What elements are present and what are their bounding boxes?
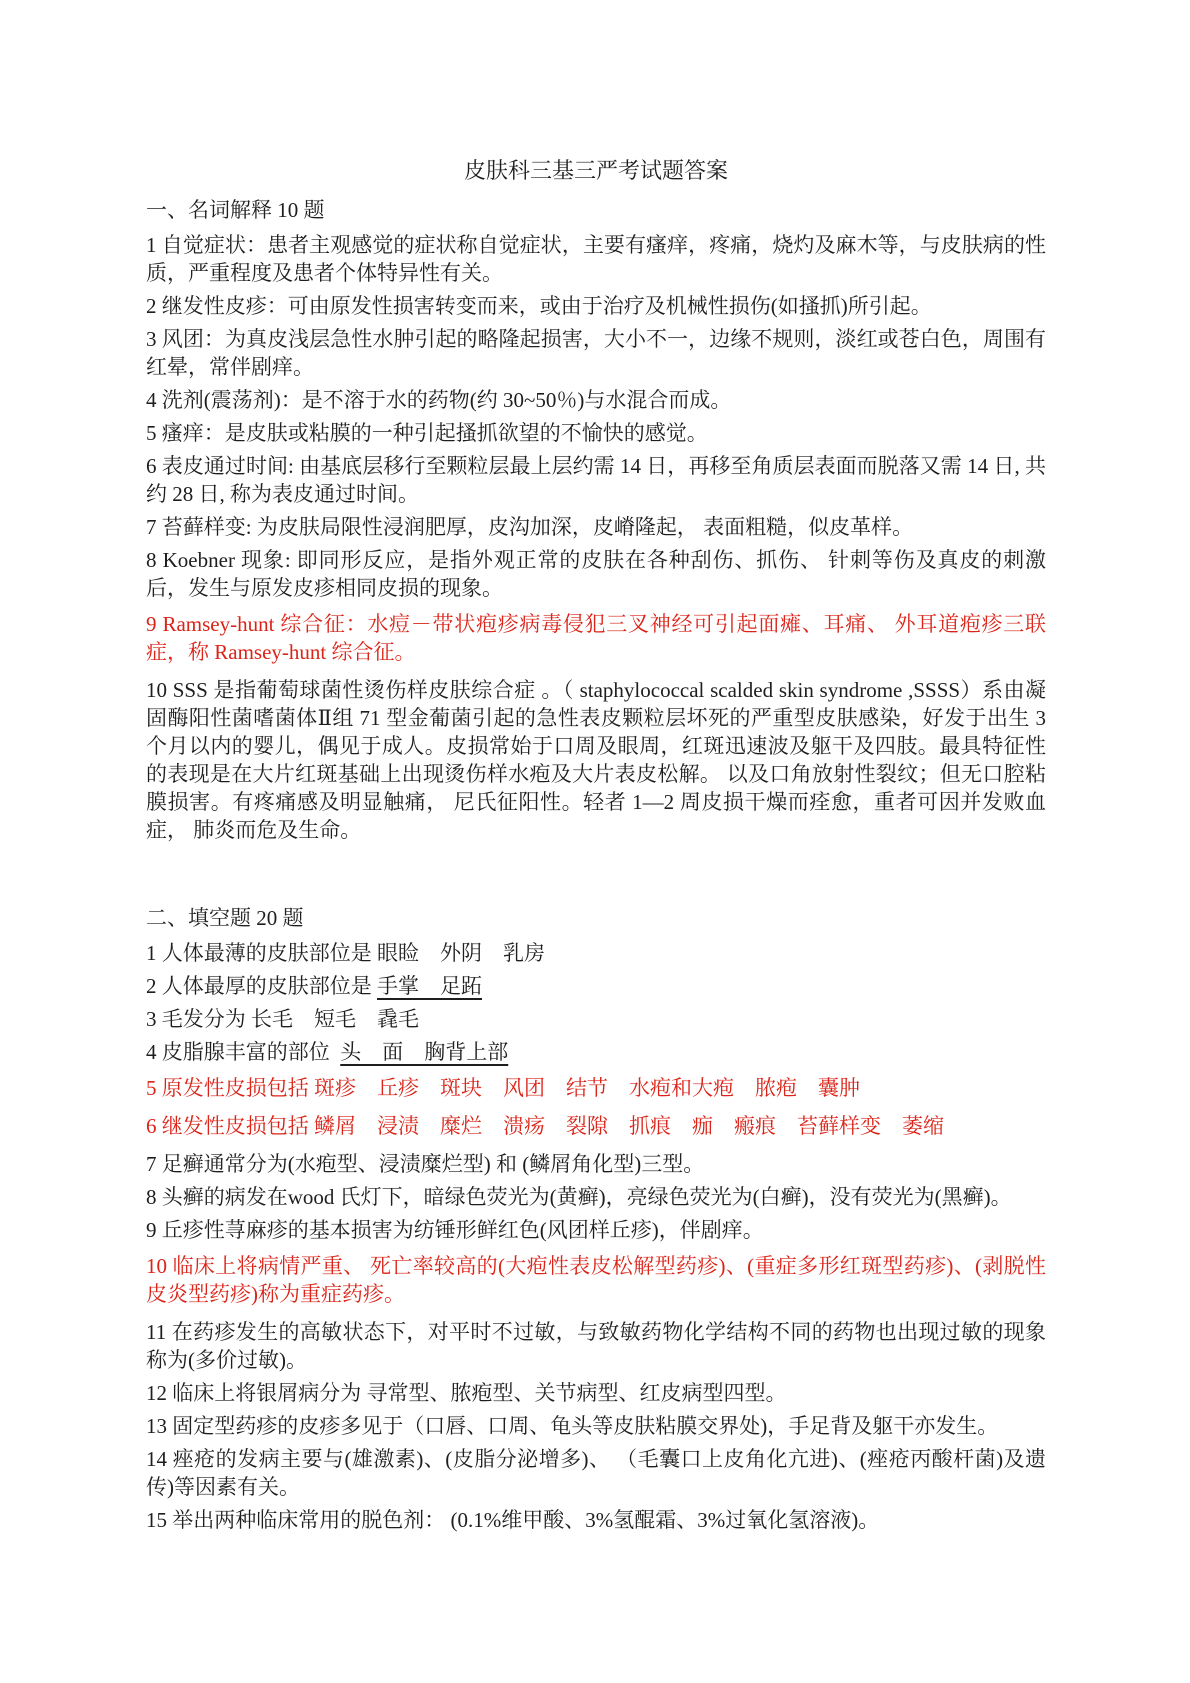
text-segment: 14 痤疮的发病主要与(雄激素)、(皮脂分泌增多)、 （毛囊口上皮角化亢进)、(…	[146, 1447, 1046, 1499]
text-segment: 15 举出两种临床常用的脱色剂： (0.1%维甲酸、3%氢醌霜、3%过氧化氢溶液…	[146, 1508, 879, 1532]
answer-item-2-15: 15 举出两种临床常用的脱色剂： (0.1%维甲酸、3%氢醌霜、3%过氧化氢溶液…	[146, 1506, 1046, 1534]
text-segment: 5 原发性皮损包括 斑疹 丘疹 斑块 风团 结节 水疱和大疱 脓疱 囊肿	[146, 1076, 860, 1100]
document-body: 一、名词解释 10 题1 自觉症状：患者主观感觉的症状称自觉症状，主要有瘙痒，疼…	[146, 196, 1046, 1534]
answer-item-1-7: 7 苔藓样变: 为皮肤局限性浸润肥厚，皮沟加深，皮嵴隆起， 表面粗糙，似皮革样。	[146, 513, 1046, 541]
answer-item-2-11: 11 在药疹发生的高敏状态下，对平时不过敏，与致敏药物化学结构不同的药物也出现过…	[146, 1318, 1046, 1374]
text-segment: 10 SSS 是指葡萄球菌性烫伤样皮肤综合症 。（ staphylococcal…	[146, 678, 1051, 842]
text-segment: 4 皮脂腺丰富的部位	[146, 1040, 340, 1064]
text-segment: 10 临床上将病情严重、 死亡率较高的(大疱性表皮松解型药疹)、(重症多形红斑型…	[146, 1254, 1046, 1306]
text-segment: 11 在药疹发生的高敏状态下，对平时不过敏，与致敏药物化学结构不同的药物也出现过…	[146, 1320, 1046, 1372]
section-1: 一、名词解释 10 题1 自觉症状：患者主观感觉的症状称自觉症状，主要有瘙痒，疼…	[146, 196, 1046, 844]
text-segment: 9 Ramsey-hunt 综合征：水痘－带状疱疹病毒侵犯三叉神经可引起面瘫、耳…	[146, 612, 1046, 664]
text-segment: 1 自觉症状：患者主观感觉的症状称自觉症状，主要有瘙痒，疼痛，烧灼及麻木等，与皮…	[146, 233, 1046, 285]
text-segment: 2 继发性皮疹：可由原发性损害转变而来，或由于治疗及机械性损伤(如搔抓)所引起。	[146, 294, 932, 318]
answer-item-1-1: 1 自觉症状：患者主观感觉的症状称自觉症状，主要有瘙痒，疼痛，烧灼及麻木等，与皮…	[146, 231, 1046, 287]
document-title: 皮肤科三基三严考试题答案	[146, 157, 1046, 185]
text-segment: 7 苔藓样变: 为皮肤局限性浸润肥厚，皮沟加深，皮嵴隆起， 表面粗糙，似皮革样。	[146, 515, 913, 539]
answer-item-1-6: 6 表皮通过时间: 由基底层移行至颗粒层最上层约需 14 日，再移至角质层表面而…	[146, 452, 1046, 508]
answer-item-1-5: 5 瘙痒：是皮肤或粘膜的一种引起搔抓欲望的不愉快的感觉。	[146, 419, 1046, 447]
answer-item-2-4: 4 皮脂腺丰富的部位 头 面 胸背上部	[146, 1038, 1046, 1066]
text-segment: 6 继发性皮损包括 鳞屑 浸渍 糜烂 溃疡 裂隙 抓痕 痂 瘢痕 苔藓样变 萎缩	[146, 1114, 944, 1138]
answer-item-1-8: 8 Koebner 现象: 即同形反应，是指外观正常的皮肤在各种刮伤、抓伤、 针…	[146, 546, 1046, 602]
underlined-answer: 手掌 足跖	[377, 974, 482, 998]
text-segment: 4 洗剂(震荡剂)：是不溶于水的药物(约 30~50％)与水混合而成。	[146, 388, 731, 412]
answer-item-2-7: 7 足癣通常分为(水疱型、浸渍糜烂型) 和 (鳞屑角化型)三型。	[146, 1150, 1046, 1178]
text-segment: 3 风团：为真皮浅层急性水肿引起的略隆起损害，大小不一，边缘不规则，淡红或苍白色…	[146, 327, 1046, 379]
answer-item-1-9: 9 Ramsey-hunt 综合征：水痘－带状疱疹病毒侵犯三叉神经可引起面瘫、耳…	[146, 610, 1046, 666]
answer-item-2-3: 3 毛发分为 长毛 短毛 毳毛	[146, 1005, 1046, 1033]
section-heading-1: 一、名词解释 10 题	[146, 196, 1046, 224]
document-page: 皮肤科三基三严考试题答案 一、名词解释 10 题1 自觉症状：患者主观感觉的症状…	[0, 0, 1190, 1683]
underlined-answer: 头 面 胸背上部	[340, 1040, 508, 1064]
text-segment: 8 头癣的病发在wood 氏灯下，暗绿色荧光为(黄癣)，亮绿色荧光为(白癣)，没…	[146, 1185, 1012, 1209]
answer-item-1-2: 2 继发性皮疹：可由原发性损害转变而来，或由于治疗及机械性损伤(如搔抓)所引起。	[146, 292, 1046, 320]
answer-item-2-13: 13 固定型药疹的皮疹多见于（口唇、口周、龟头等皮肤粘膜交界处)，手足背及躯干亦…	[146, 1412, 1046, 1440]
answer-item-2-14: 14 痤疮的发病主要与(雄激素)、(皮脂分泌增多)、 （毛囊口上皮角化亢进)、(…	[146, 1445, 1046, 1501]
answer-item-2-6: 6 继发性皮损包括 鳞屑 浸渍 糜烂 溃疡 裂隙 抓痕 痂 瘢痕 苔藓样变 萎缩	[146, 1112, 1046, 1140]
text-segment: 7 足癣通常分为(水疱型、浸渍糜烂型) 和 (鳞屑角化型)三型。	[146, 1152, 704, 1176]
text-segment: 1 人体最薄的皮肤部位是 眼睑 外阴 乳房	[146, 941, 545, 965]
answer-item-2-10: 10 临床上将病情严重、 死亡率较高的(大疱性表皮松解型药疹)、(重症多形红斑型…	[146, 1252, 1046, 1308]
text-segment: 13 固定型药疹的皮疹多见于（口唇、口周、龟头等皮肤粘膜交界处)，手足背及躯干亦…	[146, 1414, 998, 1438]
text-segment: 12 临床上将银屑病分为 寻常型、脓疱型、关节病型、红皮病型四型。	[146, 1381, 787, 1405]
text-segment: 9 丘疹性荨麻疹的基本损害为纺锤形鲜红色(风团样丘疹)，伴剧痒。	[146, 1218, 764, 1242]
answer-item-1-3: 3 风团：为真皮浅层急性水肿引起的略隆起损害，大小不一，边缘不规则，淡红或苍白色…	[146, 325, 1046, 381]
answer-item-2-2: 2 人体最厚的皮肤部位是 手掌 足跖	[146, 972, 1046, 1000]
section-2: 二、填空题 20 题1 人体最薄的皮肤部位是 眼睑 外阴 乳房2 人体最厚的皮肤…	[146, 904, 1046, 1534]
answer-item-2-9: 9 丘疹性荨麻疹的基本损害为纺锤形鲜红色(风团样丘疹)，伴剧痒。	[146, 1216, 1046, 1244]
text-segment: 2 人体最厚的皮肤部位是	[146, 974, 377, 998]
answer-item-2-8: 8 头癣的病发在wood 氏灯下，暗绿色荧光为(黄癣)，亮绿色荧光为(白癣)，没…	[146, 1183, 1046, 1211]
answer-item-1-10: 10 SSS 是指葡萄球菌性烫伤样皮肤综合症 。（ staphylococcal…	[146, 676, 1046, 844]
section-heading-2: 二、填空题 20 题	[146, 904, 1046, 932]
text-segment: 8 Koebner 现象: 即同形反应，是指外观正常的皮肤在各种刮伤、抓伤、 针…	[146, 548, 1046, 600]
answer-item-1-4: 4 洗剂(震荡剂)：是不溶于水的药物(约 30~50％)与水混合而成。	[146, 386, 1046, 414]
text-segment: 3 毛发分为 长毛 短毛 毳毛	[146, 1007, 419, 1031]
answer-item-2-5: 5 原发性皮损包括 斑疹 丘疹 斑块 风团 结节 水疱和大疱 脓疱 囊肿	[146, 1074, 1046, 1102]
text-segment: 6 表皮通过时间: 由基底层移行至颗粒层最上层约需 14 日，再移至角质层表面而…	[146, 454, 1046, 506]
answer-item-2-1: 1 人体最薄的皮肤部位是 眼睑 外阴 乳房	[146, 939, 1046, 967]
answer-item-2-12: 12 临床上将银屑病分为 寻常型、脓疱型、关节病型、红皮病型四型。	[146, 1379, 1046, 1407]
text-segment: 5 瘙痒：是皮肤或粘膜的一种引起搔抓欲望的不愉快的感觉。	[146, 421, 708, 445]
